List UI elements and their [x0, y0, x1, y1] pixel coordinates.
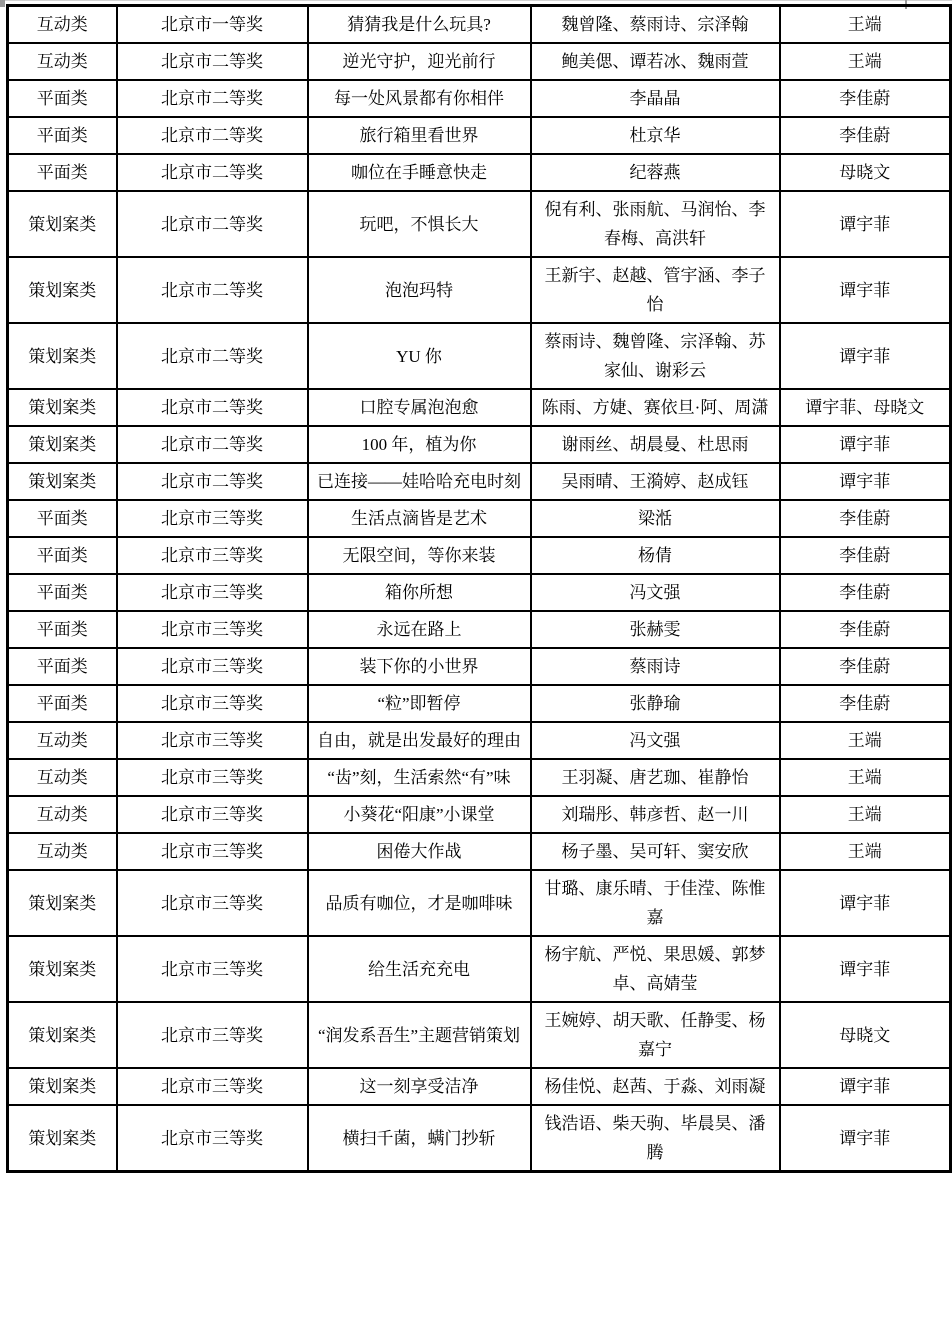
cell-advisor: 母晓文 — [780, 1002, 951, 1068]
cell-title: 旅行箱里看世界 — [308, 117, 531, 154]
cell-category: 平面类 — [8, 537, 117, 574]
cell-award: 北京市三等奖 — [117, 537, 308, 574]
cell-participants: 刘瑞彤、韩彦哲、赵一川 — [531, 796, 780, 833]
table-row: 互动类北京市三等奖自由，就是出发最好的理由冯文强王端 — [8, 722, 951, 759]
cell-participants: 倪有利、张雨航、马润怡、李春梅、高洪轩 — [531, 191, 780, 257]
cell-advisor: 王端 — [780, 796, 951, 833]
cell-category: 策划案类 — [8, 1068, 117, 1105]
cell-category: 平面类 — [8, 117, 117, 154]
cell-title: 永远在路上 — [308, 611, 531, 648]
table-row: 互动类北京市三等奖困倦大作战杨子墨、吴可轩、窦安欣王端 — [8, 833, 951, 870]
table-row: 平面类北京市三等奖“粒”即暂停张静瑜李佳蔚 — [8, 685, 951, 722]
cell-participants: 李晶晶 — [531, 80, 780, 117]
cell-award: 北京市三等奖 — [117, 500, 308, 537]
cell-title: 这一刻享受洁净 — [308, 1068, 531, 1105]
cell-title: 咖位在手睡意快走 — [308, 154, 531, 191]
cell-advisor: 谭宇菲 — [780, 191, 951, 257]
cell-award: 北京市二等奖 — [117, 43, 308, 80]
cell-award: 北京市二等奖 — [117, 191, 308, 257]
cell-participants: 甘璐、康乐晴、于佳滢、陈惟嘉 — [531, 870, 780, 936]
cell-title: 横扫千菌，螨门抄斩 — [308, 1105, 531, 1172]
cell-title: 无限空间，等你来装 — [308, 537, 531, 574]
cell-category: 平面类 — [8, 611, 117, 648]
cell-award: 北京市二等奖 — [117, 257, 308, 323]
cell-title: “齿”刻，生活索然“有”味 — [308, 759, 531, 796]
table-row: 平面类北京市三等奖装下你的小世界蔡雨诗李佳蔚 — [8, 648, 951, 685]
cell-award: 北京市三等奖 — [117, 685, 308, 722]
table-row: 策划案类北京市二等奖泡泡玛特王新宇、赵越、管宇涵、李子怡谭宇菲 — [8, 257, 951, 323]
cell-category: 策划案类 — [8, 936, 117, 1002]
cell-award: 北京市三等奖 — [117, 1105, 308, 1172]
cell-award: 北京市二等奖 — [117, 389, 308, 426]
cell-advisor: 王端 — [780, 759, 951, 796]
cell-category: 策划案类 — [8, 389, 117, 426]
cell-award: 北京市二等奖 — [117, 426, 308, 463]
table-row: 平面类北京市二等奖每一处风景都有你相伴李晶晶李佳蔚 — [8, 80, 951, 117]
cell-award: 北京市二等奖 — [117, 154, 308, 191]
cell-advisor: 李佳蔚 — [780, 648, 951, 685]
cell-category: 互动类 — [8, 759, 117, 796]
cell-award: 北京市三等奖 — [117, 611, 308, 648]
cell-category: 互动类 — [8, 6, 117, 44]
cell-award: 北京市二等奖 — [117, 117, 308, 154]
table-row: 策划案类北京市三等奖给生活充充电杨宇航、严悦、果思媛、郭梦卓、高婧莹谭宇菲 — [8, 936, 951, 1002]
cell-advisor: 谭宇菲、母晓文 — [780, 389, 951, 426]
cell-award: 北京市二等奖 — [117, 463, 308, 500]
table-row: 平面类北京市三等奖箱你所想冯文强李佳蔚 — [8, 574, 951, 611]
cell-category: 平面类 — [8, 685, 117, 722]
cell-award: 北京市三等奖 — [117, 796, 308, 833]
cell-title: 自由，就是出发最好的理由 — [308, 722, 531, 759]
cell-category: 策划案类 — [8, 257, 117, 323]
cell-title: 品质有咖位，才是咖啡味 — [308, 870, 531, 936]
cell-advisor: 李佳蔚 — [780, 574, 951, 611]
cell-participants: 王婉婷、胡天歌、任静雯、杨嘉宁 — [531, 1002, 780, 1068]
page-top-edge-line — [0, 0, 952, 1]
cell-participants: 冯文强 — [531, 574, 780, 611]
cell-title: 给生活充充电 — [308, 936, 531, 1002]
cell-advisor: 谭宇菲 — [780, 257, 951, 323]
cell-participants: 王羽凝、唐艺珈、崔静怡 — [531, 759, 780, 796]
cell-participants: 谢雨丝、胡晨曼、杜思雨 — [531, 426, 780, 463]
award-table: 互动类北京市一等奖猜猜我是什么玩具?魏曾隆、蔡雨诗、宗泽翰王端互动类北京市二等奖… — [6, 4, 952, 1173]
cell-advisor: 王端 — [780, 722, 951, 759]
cell-advisor: 李佳蔚 — [780, 117, 951, 154]
cell-participants: 梁湉 — [531, 500, 780, 537]
cell-title: 逆光守护，迎光前行 — [308, 43, 531, 80]
cell-title: 生活点滴皆是艺术 — [308, 500, 531, 537]
table-row: 策划案类北京市三等奖横扫千菌，螨门抄斩钱浩语、柴天驹、毕晨昊、潘腾谭宇菲 — [8, 1105, 951, 1172]
table-row: 策划案类北京市二等奖口腔专属泡泡愈陈雨、方婕、赛依旦·阿、周潇谭宇菲、母晓文 — [8, 389, 951, 426]
cell-advisor: 李佳蔚 — [780, 537, 951, 574]
cell-participants: 魏曾隆、蔡雨诗、宗泽翰 — [531, 6, 780, 44]
cell-title: “粒”即暂停 — [308, 685, 531, 722]
cell-category: 策划案类 — [8, 1105, 117, 1172]
cell-advisor: 李佳蔚 — [780, 80, 951, 117]
cell-title: 猜猜我是什么玩具? — [308, 6, 531, 44]
cell-category: 互动类 — [8, 796, 117, 833]
table-row: 互动类北京市一等奖猜猜我是什么玩具?魏曾隆、蔡雨诗、宗泽翰王端 — [8, 6, 951, 44]
cell-award: 北京市三等奖 — [117, 722, 308, 759]
cell-advisor: 谭宇菲 — [780, 463, 951, 500]
cell-participants: 杜京华 — [531, 117, 780, 154]
cell-participants: 陈雨、方婕、赛依旦·阿、周潇 — [531, 389, 780, 426]
cell-advisor: 谭宇菲 — [780, 936, 951, 1002]
cell-title: 已连接——娃哈哈充电时刻 — [308, 463, 531, 500]
cell-title: 100 年，植为你 — [308, 426, 531, 463]
cell-category: 互动类 — [8, 833, 117, 870]
cell-advisor: 王端 — [780, 6, 951, 44]
cell-award: 北京市三等奖 — [117, 759, 308, 796]
cell-advisor: 李佳蔚 — [780, 611, 951, 648]
cell-category: 策划案类 — [8, 463, 117, 500]
table-row: 互动类北京市三等奖小葵花“阳康”小课堂刘瑞彤、韩彦哲、赵一川王端 — [8, 796, 951, 833]
cell-award: 北京市三等奖 — [117, 648, 308, 685]
cell-title: YU 你 — [308, 323, 531, 389]
award-table-body: 互动类北京市一等奖猜猜我是什么玩具?魏曾隆、蔡雨诗、宗泽翰王端互动类北京市二等奖… — [8, 6, 951, 1172]
cell-participants: 王新宇、赵越、管宇涵、李子怡 — [531, 257, 780, 323]
table-row: 互动类北京市三等奖“齿”刻，生活索然“有”味王羽凝、唐艺珈、崔静怡王端 — [8, 759, 951, 796]
cell-participants: 钱浩语、柴天驹、毕晨昊、潘腾 — [531, 1105, 780, 1172]
cell-participants: 鲍美偲、谭若冰、魏雨萱 — [531, 43, 780, 80]
cell-participants: 蔡雨诗、魏曾隆、宗泽翰、苏家仙、谢彩云 — [531, 323, 780, 389]
cell-category: 策划案类 — [8, 191, 117, 257]
cell-category: 平面类 — [8, 500, 117, 537]
cell-award: 北京市二等奖 — [117, 323, 308, 389]
cell-category: 互动类 — [8, 722, 117, 759]
cell-participants: 杨倩 — [531, 537, 780, 574]
cell-title: 装下你的小世界 — [308, 648, 531, 685]
table-row: 策划案类北京市三等奖这一刻享受洁净杨佳悦、赵茜、于淼、刘雨凝谭宇菲 — [8, 1068, 951, 1105]
cell-advisor: 王端 — [780, 43, 951, 80]
cell-advisor: 王端 — [780, 833, 951, 870]
table-row: 策划案类北京市三等奖品质有咖位，才是咖啡味甘璐、康乐晴、于佳滢、陈惟嘉谭宇菲 — [8, 870, 951, 936]
cell-participants: 杨子墨、吴可轩、窦安欣 — [531, 833, 780, 870]
cell-title: 泡泡玛特 — [308, 257, 531, 323]
table-row: 互动类北京市二等奖逆光守护，迎光前行鲍美偲、谭若冰、魏雨萱王端 — [8, 43, 951, 80]
table-row: 策划案类北京市二等奖已连接——娃哈哈充电时刻吴雨晴、王漪婷、赵成钰谭宇菲 — [8, 463, 951, 500]
cell-advisor: 李佳蔚 — [780, 685, 951, 722]
cell-award: 北京市一等奖 — [117, 6, 308, 44]
cell-participants: 杨宇航、严悦、果思媛、郭梦卓、高婧莹 — [531, 936, 780, 1002]
cell-award: 北京市三等奖 — [117, 936, 308, 1002]
table-row: 平面类北京市二等奖旅行箱里看世界杜京华李佳蔚 — [8, 117, 951, 154]
cell-category: 策划案类 — [8, 870, 117, 936]
cell-participants: 蔡雨诗 — [531, 648, 780, 685]
cell-award: 北京市三等奖 — [117, 1002, 308, 1068]
cell-title: 小葵花“阳康”小课堂 — [308, 796, 531, 833]
cell-award: 北京市三等奖 — [117, 870, 308, 936]
table-row: 平面类北京市二等奖咖位在手睡意快走纪蓉燕母晓文 — [8, 154, 951, 191]
cell-title: 玩吧，不惧长大 — [308, 191, 531, 257]
table-row: 策划案类北京市二等奖YU 你蔡雨诗、魏曾隆、宗泽翰、苏家仙、谢彩云谭宇菲 — [8, 323, 951, 389]
cell-title: 箱你所想 — [308, 574, 531, 611]
cell-participants: 纪蓉燕 — [531, 154, 780, 191]
table-row: 策划案类北京市三等奖“润发系吾生”主题营销策划王婉婷、胡天歌、任静雯、杨嘉宁母晓… — [8, 1002, 951, 1068]
cell-advisor: 谭宇菲 — [780, 323, 951, 389]
cell-award: 北京市三等奖 — [117, 833, 308, 870]
cell-advisor: 谭宇菲 — [780, 1105, 951, 1172]
cell-advisor: 谭宇菲 — [780, 426, 951, 463]
cell-award: 北京市二等奖 — [117, 80, 308, 117]
cell-title: 每一处风景都有你相伴 — [308, 80, 531, 117]
cell-advisor: 谭宇菲 — [780, 1068, 951, 1105]
cell-title: 困倦大作战 — [308, 833, 531, 870]
cell-advisor: 谭宇菲 — [780, 870, 951, 936]
cell-participants: 张静瑜 — [531, 685, 780, 722]
cell-category: 平面类 — [8, 154, 117, 191]
cell-advisor: 李佳蔚 — [780, 500, 951, 537]
cell-participants: 张赫雯 — [531, 611, 780, 648]
table-row: 平面类北京市三等奖无限空间，等你来装杨倩李佳蔚 — [8, 537, 951, 574]
cell-participants: 冯文强 — [531, 722, 780, 759]
cell-category: 互动类 — [8, 43, 117, 80]
cell-category: 策划案类 — [8, 323, 117, 389]
cell-participants: 吴雨晴、王漪婷、赵成钰 — [531, 463, 780, 500]
cell-advisor: 母晓文 — [780, 154, 951, 191]
cell-title: 口腔专属泡泡愈 — [308, 389, 531, 426]
cell-award: 北京市三等奖 — [117, 1068, 308, 1105]
cell-category: 平面类 — [8, 80, 117, 117]
cell-title: “润发系吾生”主题营销策划 — [308, 1002, 531, 1068]
cell-award: 北京市三等奖 — [117, 574, 308, 611]
cell-category: 平面类 — [8, 574, 117, 611]
table-row: 策划案类北京市二等奖100 年，植为你谢雨丝、胡晨曼、杜思雨谭宇菲 — [8, 426, 951, 463]
cell-category: 平面类 — [8, 648, 117, 685]
page-corner-artifact — [0, 0, 5, 7]
cell-category: 策划案类 — [8, 1002, 117, 1068]
table-row: 平面类北京市三等奖永远在路上张赫雯李佳蔚 — [8, 611, 951, 648]
cell-category: 策划案类 — [8, 426, 117, 463]
table-row: 策划案类北京市二等奖玩吧，不惧长大倪有利、张雨航、马润怡、李春梅、高洪轩谭宇菲 — [8, 191, 951, 257]
table-row: 平面类北京市三等奖生活点滴皆是艺术梁湉李佳蔚 — [8, 500, 951, 537]
cell-participants: 杨佳悦、赵茜、于淼、刘雨凝 — [531, 1068, 780, 1105]
